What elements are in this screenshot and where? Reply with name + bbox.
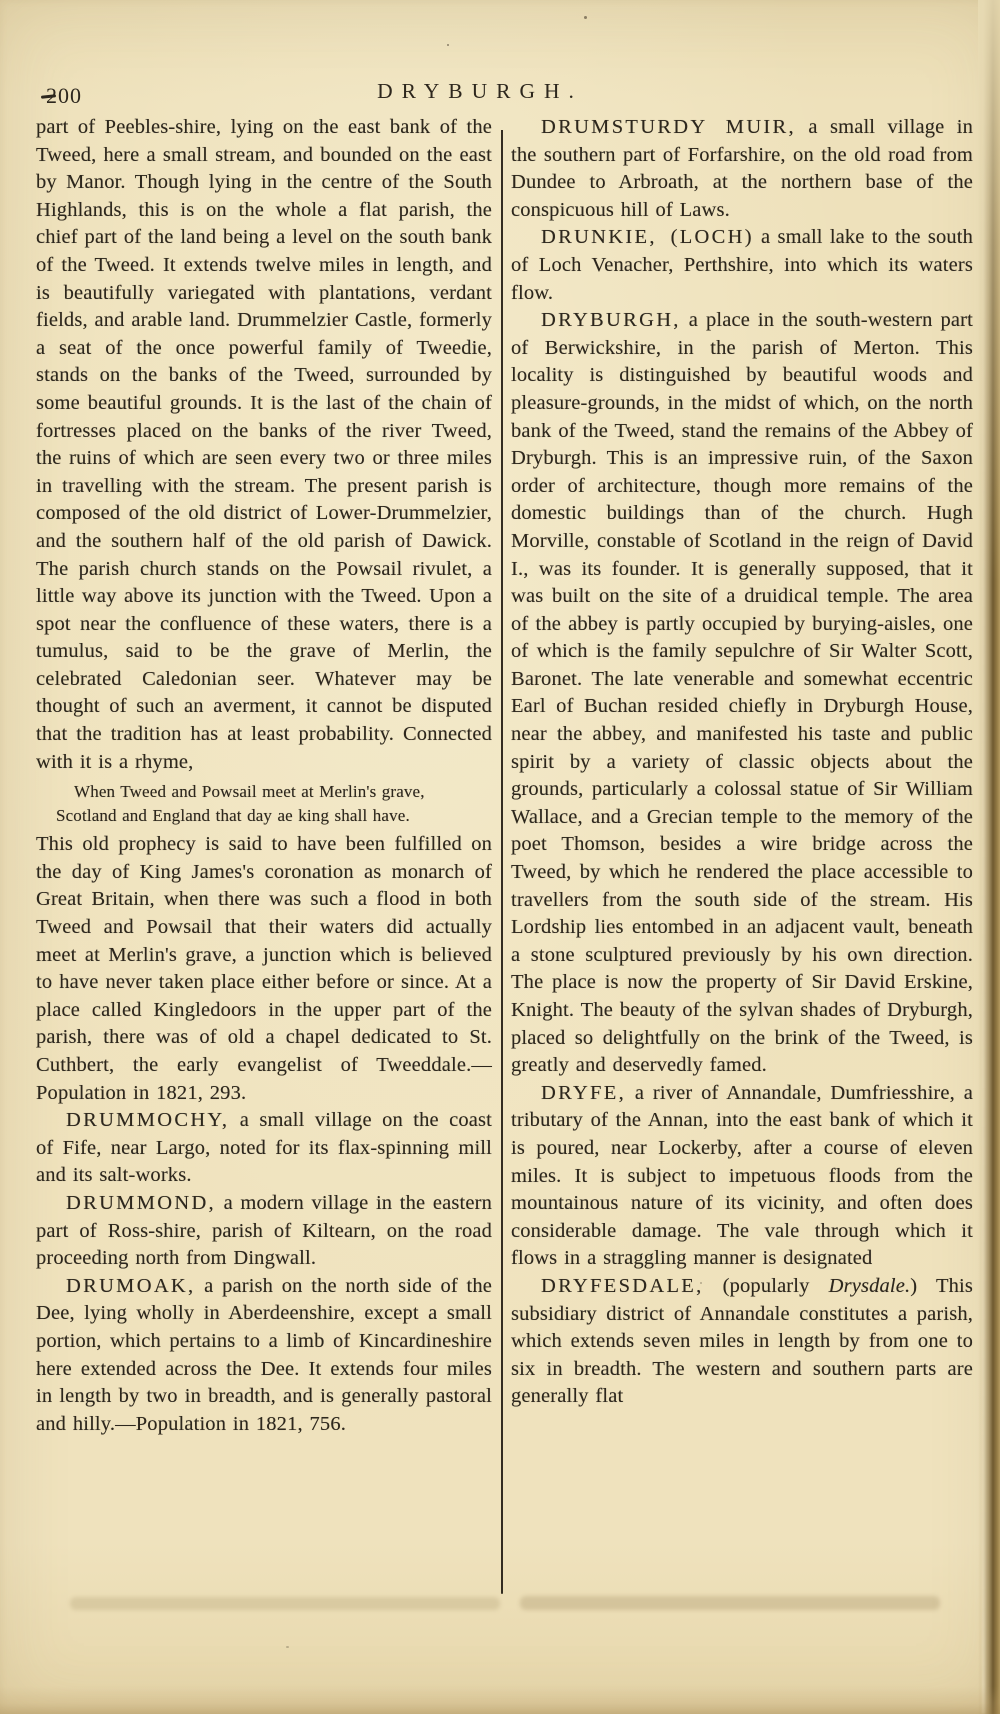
- entry-drumoak: DRUMOAK, a parish on the north side of t…: [36, 1273, 492, 1439]
- paragraph-prophecy: This old prophecy is said to have been f…: [36, 831, 492, 1107]
- paper-speck: [447, 44, 449, 46]
- page-edge-shadow: [978, 0, 1000, 1714]
- verse-line: When Tweed and Powsail meet at Merlin's …: [36, 780, 492, 804]
- entry-headword: DRUMOAK,: [66, 1275, 195, 1297]
- entry-headword: DRUNKIE, (LOCH): [541, 226, 754, 248]
- left-column: part of Peebles-shire, lying on the east…: [36, 114, 492, 1438]
- italic-term: Drysdale.: [829, 1275, 911, 1297]
- paper-speck: [700, 1282, 702, 1284]
- entry-headword: DRUMMOND,: [66, 1192, 216, 1214]
- entry-headword: DRUMMOCHY,: [66, 1109, 229, 1131]
- right-column: DRUMSTURDY MUIR, a small village in the …: [511, 114, 973, 1411]
- paper-speck: [286, 1646, 289, 1648]
- entry-headword: DRYBURGH,: [541, 309, 681, 331]
- entry-drunkie: DRUNKIE, (LOCH) a small lake to the sout…: [511, 224, 973, 307]
- column-divider-rule: [501, 130, 503, 1594]
- paper-speck: [584, 16, 587, 19]
- entry-drummond: DRUMMOND, a modern village in the easter…: [36, 1190, 492, 1273]
- entry-headword: DRYFESDALE,: [541, 1275, 704, 1297]
- entry-dryburgh: DRYBURGH, a place in the south-western p…: [511, 307, 973, 1080]
- verse-line: Scotland and England that day ae king sh…: [36, 804, 492, 828]
- entry-drumsturdy-muir: DRUMSTURDY MUIR, a small village in the …: [511, 114, 973, 224]
- rhyme-verse: When Tweed and Powsail meet at Merlin's …: [36, 780, 492, 827]
- paper-speck: [120, 560, 122, 562]
- entry-dryfe: DRYFE, a river of Annandale, Dumfriesshi…: [511, 1080, 973, 1273]
- show-through-smudge: [520, 1596, 940, 1610]
- bottom-edge-shadow: [0, 1686, 1000, 1714]
- entry-headword: DRUMSTURDY MUIR,: [541, 116, 796, 138]
- entry-headword: DRYFE,: [541, 1082, 626, 1104]
- paragraph-drummelzier-continued: part of Peebles-shire, lying on the east…: [36, 114, 492, 776]
- book-page: 200 DRYBURGH. part of Peebles-shire, lyi…: [0, 0, 1000, 1714]
- entry-dryfesdale: DRYFESDALE, (popularly Drysdale.) This s…: [511, 1273, 973, 1411]
- running-title: DRYBURGH.: [0, 79, 960, 104]
- entry-drummochy: DRUMMOCHY, a small village on the coast …: [36, 1107, 492, 1190]
- show-through-smudge: [70, 1597, 500, 1610]
